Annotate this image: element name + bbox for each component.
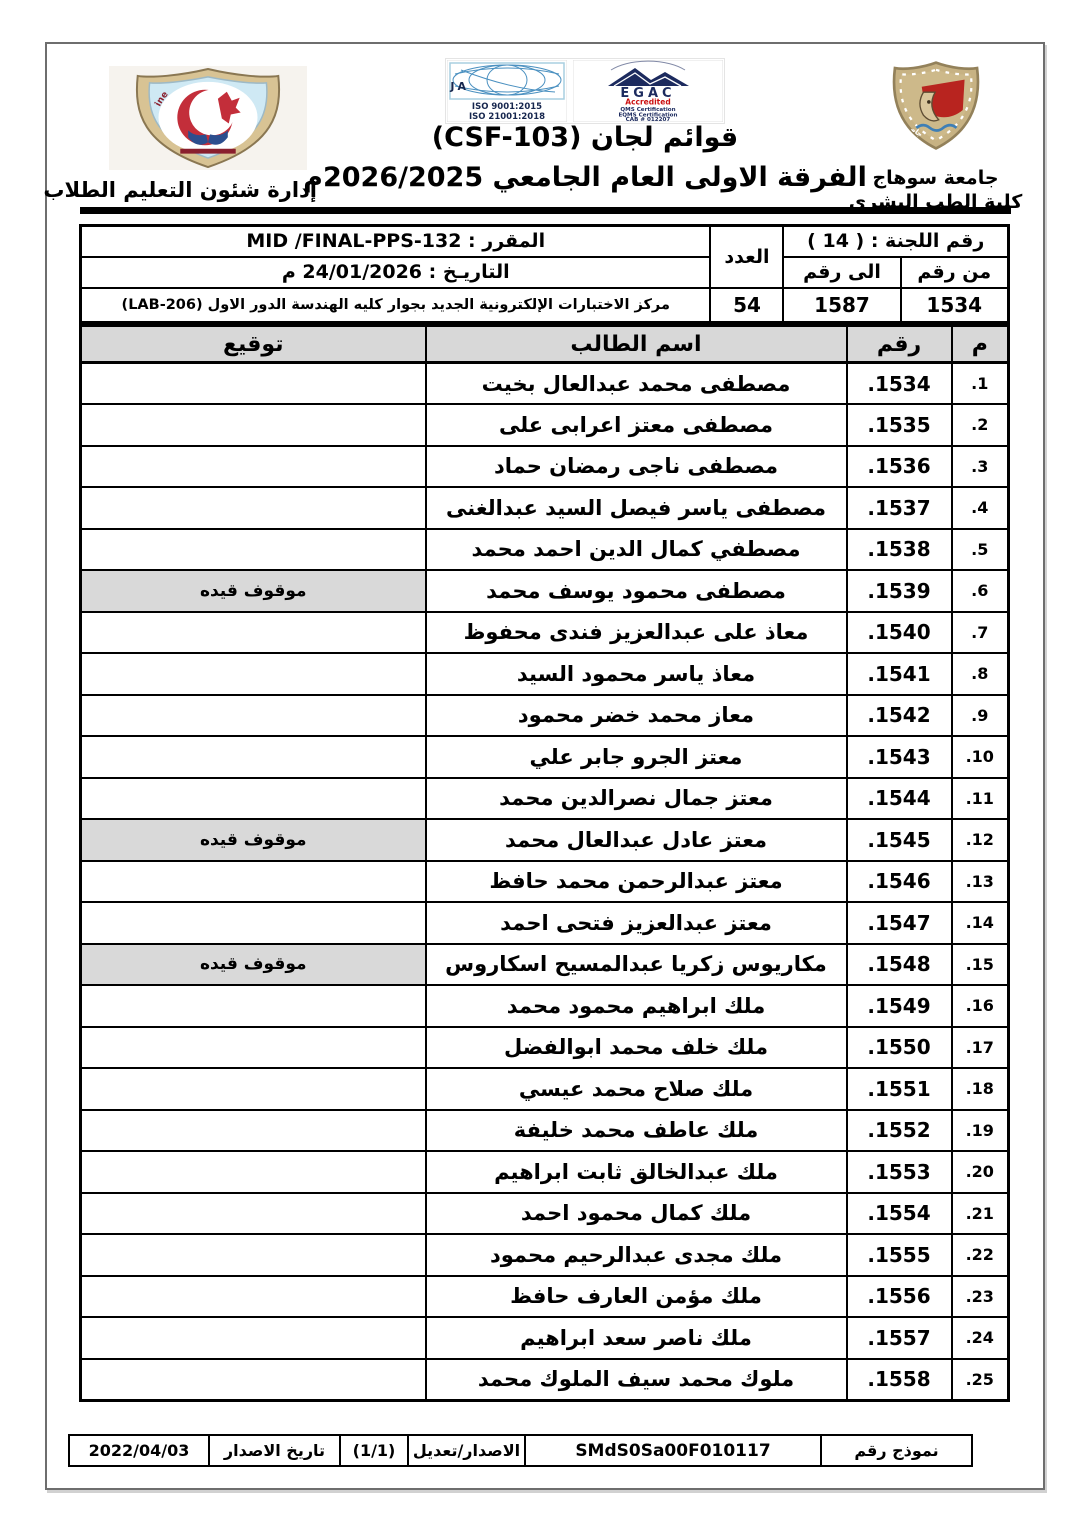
student-name-cell: معاذ على عبدالعزيز فندى محفوظ: [426, 612, 847, 654]
serial-cell: 23.: [952, 1276, 1009, 1318]
serial-cell: 4.: [952, 487, 1009, 529]
accreditation-logos: EGAC Accredited QMS Certification EQMS C…: [445, 58, 725, 124]
serial-cell: 8.: [952, 653, 1009, 695]
table-row: 16. 1549. ملك ابراهيم محمود محمد: [81, 985, 1009, 1027]
student-name-cell: مصطفى ناجى رمضان حماد: [426, 446, 847, 488]
table-row: 3. 1536. مصطفى ناجى رمضان حماد: [81, 446, 1009, 488]
serial-cell: 10.: [952, 736, 1009, 778]
signature-cell: [81, 1151, 426, 1193]
student-name-cell: معتز جمال نصرالدين محمد: [426, 778, 847, 820]
serial-cell: 11.: [952, 778, 1009, 820]
signature-cell: [81, 1234, 426, 1276]
signature-cell: [81, 778, 426, 820]
serial-cell: 7.: [952, 612, 1009, 654]
serial-cell: 22.: [952, 1234, 1009, 1276]
serial-cell: 14.: [952, 902, 1009, 944]
to-number-value: 1587: [783, 288, 900, 323]
signature-cell: موقوف قيده: [81, 819, 426, 861]
revision-value: (1/1): [340, 1435, 408, 1466]
serial-cell: 16.: [952, 985, 1009, 1027]
student-id-cell: 1538.: [847, 529, 952, 571]
table-row: 14. 1547. معتز عبدالعزيز فتحى احمد: [81, 902, 1009, 944]
student-name-cell: ملوك محمد سيف الملوك محمد: [426, 1359, 847, 1401]
student-name-cell: ملك عبدالخالق ثابت ابراهيم: [426, 1151, 847, 1193]
serial-cell: 12.: [952, 819, 1009, 861]
student-id-cell: 1535.: [847, 404, 952, 446]
table-row: 17. 1550. ملك خلف محمد ابوالفضل: [81, 1027, 1009, 1069]
signature-cell: [81, 1110, 426, 1152]
student-id-cell: 1543.: [847, 736, 952, 778]
serial-cell: 24.: [952, 1317, 1009, 1359]
serial-cell: 18.: [952, 1068, 1009, 1110]
document-page: Faculty of Medicine إدارة شئون التعليم ا…: [45, 42, 1045, 1490]
serial-cell: 5.: [952, 529, 1009, 571]
student-name-cell: ملك خلف محمد ابوالفضل: [426, 1027, 847, 1069]
student-name-cell: ملك مؤمن العارف حافظ: [426, 1276, 847, 1318]
table-row: 15. 1548. مكاريوس زكريا عبدالمسيح اسكارو…: [81, 944, 1009, 986]
signature-cell: [81, 446, 426, 488]
issue-date-label: تاريخ الاصدار: [209, 1435, 340, 1466]
table-header-row: م رقم اسم الطالب توقيع: [81, 326, 1009, 363]
serial-cell: 21.: [952, 1193, 1009, 1235]
header-right-block: جامعة سوهاج جامعة سوهاج كلية الطب البشرى: [838, 60, 1033, 214]
student-id-cell: 1552.: [847, 1110, 952, 1152]
table-row: 11. 1544. معتز جمال نصرالدين محمد: [81, 778, 1009, 820]
committee-number: رقم اللجنة : ( 14 ): [783, 226, 1008, 257]
table-row: 1. 1534. مصطفى محمد عبدالعال بخيت: [81, 363, 1009, 405]
table-row: 4. 1537. مصطفى ياسر فيصل السيد عبدالغنى: [81, 487, 1009, 529]
egac-accredited: Accredited: [625, 98, 670, 107]
table-row: 9. 1542. معاز محمد خضر محمود: [81, 695, 1009, 737]
header-center-block: EGAC Accredited QMS Certification EQMS C…: [285, 58, 885, 126]
exam-date: التاريـخ : 24/01/2026 م: [81, 257, 711, 288]
student-id-cell: 1542.: [847, 695, 952, 737]
document-title: قوائم لجان (CSF-103): [285, 122, 885, 153]
signature-cell: [81, 612, 426, 654]
student-id-cell: 1548.: [847, 944, 952, 986]
header-divider: [80, 207, 1011, 214]
signature-cell: [81, 861, 426, 903]
student-id-cell: 1539.: [847, 570, 952, 612]
aja-iso2: ISO 21001:2018: [469, 112, 545, 122]
signature-cell: [81, 1027, 426, 1069]
serial-cell: 2.: [952, 404, 1009, 446]
signature-cell: موقوف قيده: [81, 944, 426, 986]
signature-cell: [81, 736, 426, 778]
student-id-cell: 1541.: [847, 653, 952, 695]
student-name-cell: مصطفي كمال الدين احمد محمد: [426, 529, 847, 571]
student-id-cell: 1536.: [847, 446, 952, 488]
count-value: 54: [710, 288, 783, 323]
student-name-cell: ملك عاطف محمد خليفة: [426, 1110, 847, 1152]
student-id-cell: 1550.: [847, 1027, 952, 1069]
student-id-cell: 1546.: [847, 861, 952, 903]
student-id-cell: 1557.: [847, 1317, 952, 1359]
signature-cell: [81, 653, 426, 695]
student-name-cell: مصطفى محمود يوسف محمد: [426, 570, 847, 612]
student-id-cell: 1540.: [847, 612, 952, 654]
student-id-cell: 1537.: [847, 487, 952, 529]
form-number-code: SMdS0Sa00F010117: [525, 1435, 821, 1466]
serial-cell: 9.: [952, 695, 1009, 737]
student-id-cell: 1554.: [847, 1193, 952, 1235]
student-name-cell: مصطفى ياسر فيصل السيد عبدالغنى: [426, 487, 847, 529]
table-row: 21. 1554. ملك كمال محمود احمد: [81, 1193, 1009, 1235]
aja-iso1: ISO 9001:2015: [472, 102, 542, 112]
form-number-label: نموذج رقم: [821, 1435, 972, 1466]
student-name-cell: ملك صلاح محمد عيسي: [426, 1068, 847, 1110]
serial-cell: 6.: [952, 570, 1009, 612]
student-id-cell: 1553.: [847, 1151, 952, 1193]
signature-cell: [81, 902, 426, 944]
university-name: جامعة سوهاج: [838, 166, 1033, 190]
form-footer-table: نموذج رقم SMdS0Sa00F010117 الاصدار/تعديل…: [68, 1434, 973, 1467]
egac-accreditation-logo: EGAC Accredited QMS Certification EQMS C…: [573, 60, 723, 122]
table-row: 13. 1546. معتز عبدالرحمن محمد حافظ: [81, 861, 1009, 903]
course-label: المقرر :: [468, 230, 545, 252]
serial-cell: 1.: [952, 363, 1009, 405]
signature-cell: [81, 985, 426, 1027]
signature-cell: موقوف قيده: [81, 570, 426, 612]
signature-cell: [81, 1068, 426, 1110]
table-row: 12. 1545. معتز عادل عبدالعال محمد موقوف …: [81, 819, 1009, 861]
from-number-label: من رقم: [901, 257, 1009, 288]
student-id-cell: 1545.: [847, 819, 952, 861]
student-id-cell: 1544.: [847, 778, 952, 820]
signature-cell: [81, 529, 426, 571]
aja-name: A.JA: [447, 80, 469, 93]
committee-info-table: رقم اللجنة : ( 14 ) العدد المقرر : MID /…: [79, 224, 1010, 324]
course-code: MID /FINAL-PPS-132: [246, 230, 461, 252]
serial-cell: 15.: [952, 944, 1009, 986]
student-name-cell: معتز الجرو جابر علي: [426, 736, 847, 778]
student-name-cell: ملك ابراهيم محمود محمد: [426, 985, 847, 1027]
col-header-name: اسم الطالب: [426, 326, 847, 363]
student-id-cell: 1555.: [847, 1234, 952, 1276]
table-row: 25. 1558. ملوك محمد سيف الملوك محمد: [81, 1359, 1009, 1401]
revision-label: الاصدار/تعديل: [408, 1435, 525, 1466]
signature-cell: [81, 695, 426, 737]
student-name-cell: معتز عبدالعزيز فتحى احمد: [426, 902, 847, 944]
signature-cell: [81, 1317, 426, 1359]
signature-cell: [81, 1359, 426, 1401]
table-row: 7. 1540. معاذ على عبدالعزيز فندى محفوظ: [81, 612, 1009, 654]
serial-cell: 19.: [952, 1110, 1009, 1152]
table-row: 23. 1556. ملك مؤمن العارف حافظ: [81, 1276, 1009, 1318]
student-id-cell: 1558.: [847, 1359, 952, 1401]
table-row: 6. 1539. مصطفى محمود يوسف محمد موقوف قيد…: [81, 570, 1009, 612]
issue-date-value: 2022/04/03: [69, 1435, 209, 1466]
faculty-of-medicine-logo: Faculty of Medicine: [109, 66, 307, 170]
serial-cell: 13.: [952, 861, 1009, 903]
table-row: 8. 1541. معاذ ياسر محمود السيد: [81, 653, 1009, 695]
course-cell: المقرر : MID /FINAL-PPS-132: [81, 226, 711, 257]
col-header-signature: توقيع: [81, 326, 426, 363]
student-name-cell: معتز عبدالرحمن محمد حافظ: [426, 861, 847, 903]
student-table: م رقم اسم الطالب توقيع 1. 1534. مصطفى مح…: [79, 324, 1010, 1402]
serial-cell: 25.: [952, 1359, 1009, 1401]
student-name-cell: معاذ ياسر محمود السيد: [426, 653, 847, 695]
student-name-cell: معتز عادل عبدالعال محمد: [426, 819, 847, 861]
signature-cell: [81, 404, 426, 446]
table-row: 24. 1557. ملك ناصر سعد ابراهيم: [81, 1317, 1009, 1359]
count-label: العدد: [710, 226, 783, 288]
serial-cell: 17.: [952, 1027, 1009, 1069]
signature-cell: [81, 363, 426, 405]
serial-cell: 3.: [952, 446, 1009, 488]
table-row: 18. 1551. ملك صلاح محمد عيسي: [81, 1068, 1009, 1110]
signature-cell: [81, 1193, 426, 1235]
col-header-serial: م: [952, 326, 1009, 363]
student-name-cell: معاز محمد خضر محمود: [426, 695, 847, 737]
student-id-cell: 1547.: [847, 902, 952, 944]
student-name-cell: مصطفى معتز اعرابى على: [426, 404, 847, 446]
student-name-cell: مكاريوس زكريا عبدالمسيح اسكاروس: [426, 944, 847, 986]
student-name-cell: ملك كمال محمود احمد: [426, 1193, 847, 1235]
table-row: 22. 1555. ملك مجدى عبدالرحيم محمود: [81, 1234, 1009, 1276]
serial-cell: 20.: [952, 1151, 1009, 1193]
student-name-cell: ملك ناصر سعد ابراهيم: [426, 1317, 847, 1359]
signature-cell: [81, 1276, 426, 1318]
student-id-cell: 1549.: [847, 985, 952, 1027]
table-row: 10. 1543. معتز الجرو جابر علي: [81, 736, 1009, 778]
exam-location: مركز الاختبارات الإلكترونية الجديد بجوار…: [81, 288, 711, 323]
table-row: 5. 1538. مصطفي كمال الدين احمد محمد: [81, 529, 1009, 571]
student-name-cell: ملك مجدى عبدالرحيم محمود: [426, 1234, 847, 1276]
table-row: 2. 1535. مصطفى معتز اعرابى على: [81, 404, 1009, 446]
to-number-label: الى رقم: [783, 257, 900, 288]
document-subtitle: الفرقة الاولى العام الجامعي 2026/2025م: [285, 162, 885, 193]
student-id-cell: 1556.: [847, 1276, 952, 1318]
table-row: 19. 1552. ملك عاطف محمد خليفة: [81, 1110, 1009, 1152]
col-header-id: رقم: [847, 326, 952, 363]
student-id-cell: 1534.: [847, 363, 952, 405]
student-id-cell: 1551.: [847, 1068, 952, 1110]
student-name-cell: مصطفى محمد عبدالعال بخيت: [426, 363, 847, 405]
signature-cell: [81, 487, 426, 529]
from-number-value: 1534: [901, 288, 1009, 323]
sohag-university-logo: جامعة سوهاج: [882, 60, 990, 160]
aja-iso-logo: A.JA ISO 9001:2015 ISO 21001:2018: [447, 60, 567, 122]
table-row: 20. 1553. ملك عبدالخالق ثابت ابراهيم: [81, 1151, 1009, 1193]
student-rows: 1. 1534. مصطفى محمد عبدالعال بخيت 2. 153…: [81, 363, 1009, 1401]
